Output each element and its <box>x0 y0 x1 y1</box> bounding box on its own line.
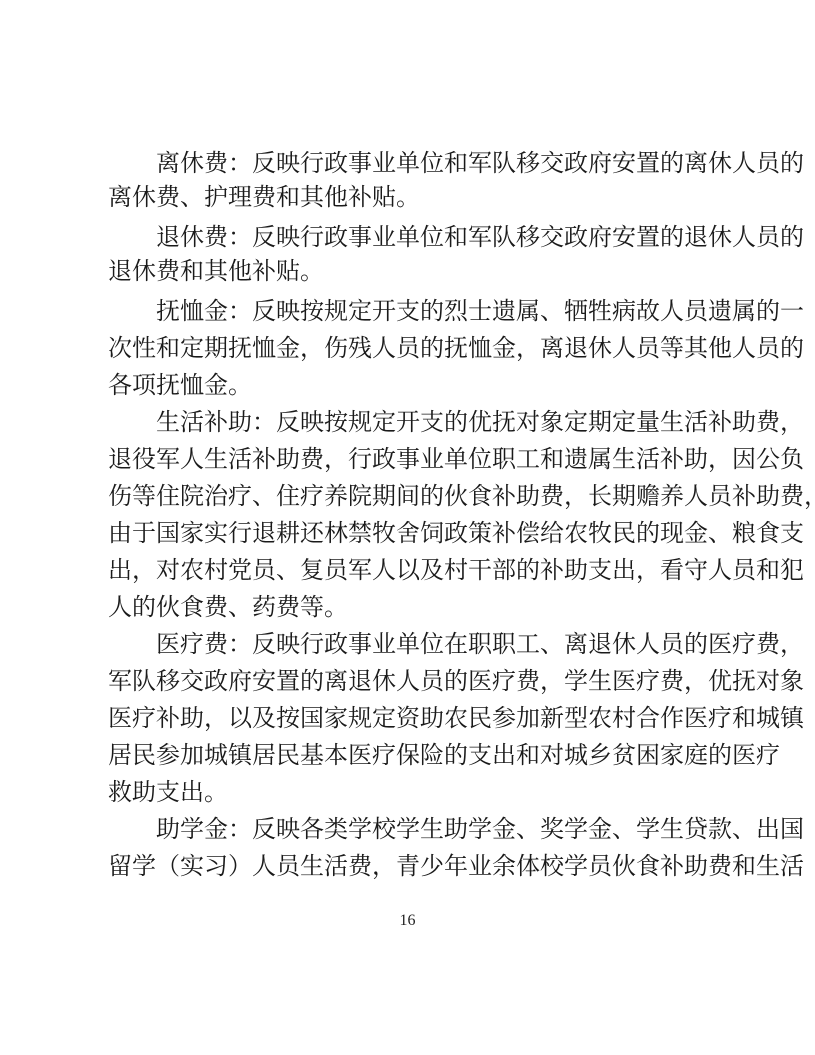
text-line: 留学（实习）人员生活费，青少年业余体校学员伙食补助费和生活 <box>108 849 720 883</box>
text-line: 居民参加城镇居民基本医疗保险的支出和对城乡贫困家庭的医疗 <box>108 738 720 772</box>
text-line: 救助支出。 <box>108 775 720 809</box>
text-line: 由于国家实行退耕还林禁牧舍饲政策补偿给农牧民的现金、粮食支 <box>108 516 720 550</box>
text-line: 退役军人生活补助费，行政事业单位职工和遗属生活补助，因公负 <box>108 442 720 476</box>
text-line: 退休费：反映行政事业单位和军队移交政府安置的退休人员的 <box>156 220 720 254</box>
text-line: 生活补助：反映按规定开支的优抚对象定期定量生活补助费， <box>156 405 720 439</box>
document-page: 离休费：反映行政事业单位和军队移交政府安置的离休人员的 离休费、护理费和其他补贴… <box>0 0 815 1055</box>
text-line: 人的伙食费、药费等。 <box>108 590 720 624</box>
text-line: 退休费和其他补贴。 <box>108 254 720 288</box>
text-line: 助学金：反映各类学校学生助学金、奖学金、学生贷款、出国 <box>156 812 720 846</box>
page-number: 16 <box>0 912 815 930</box>
text-line: 离休费、护理费和其他补贴。 <box>108 180 720 214</box>
text-line: 抚恤金：反映按规定开支的烈士遗属、牺牲病故人员遗属的一 <box>156 294 720 328</box>
text-line: 离休费：反映行政事业单位和军队移交政府安置的离休人员的 <box>156 146 720 180</box>
text-line: 军队移交政府安置的离退休人员的医疗费，学生医疗费，优抚对象 <box>108 664 720 698</box>
text-line: 医疗补助，以及按国家规定资助农民参加新型农村合作医疗和城镇 <box>108 701 720 735</box>
text-line: 出，对农村党员、复员军人以及村干部的补助支出，看守人员和犯 <box>108 553 720 587</box>
text-line: 医疗费：反映行政事业单位在职职工、离退休人员的医疗费， <box>156 627 720 661</box>
text-line: 次性和定期抚恤金，伤残人员的抚恤金，离退休人员等其他人员的 <box>108 331 720 365</box>
text-line: 各项抚恤金。 <box>108 368 720 402</box>
text-line: 伤等住院治疗、住疗养院期间的伙食补助费，长期赡养人员补助费， <box>108 479 720 513</box>
